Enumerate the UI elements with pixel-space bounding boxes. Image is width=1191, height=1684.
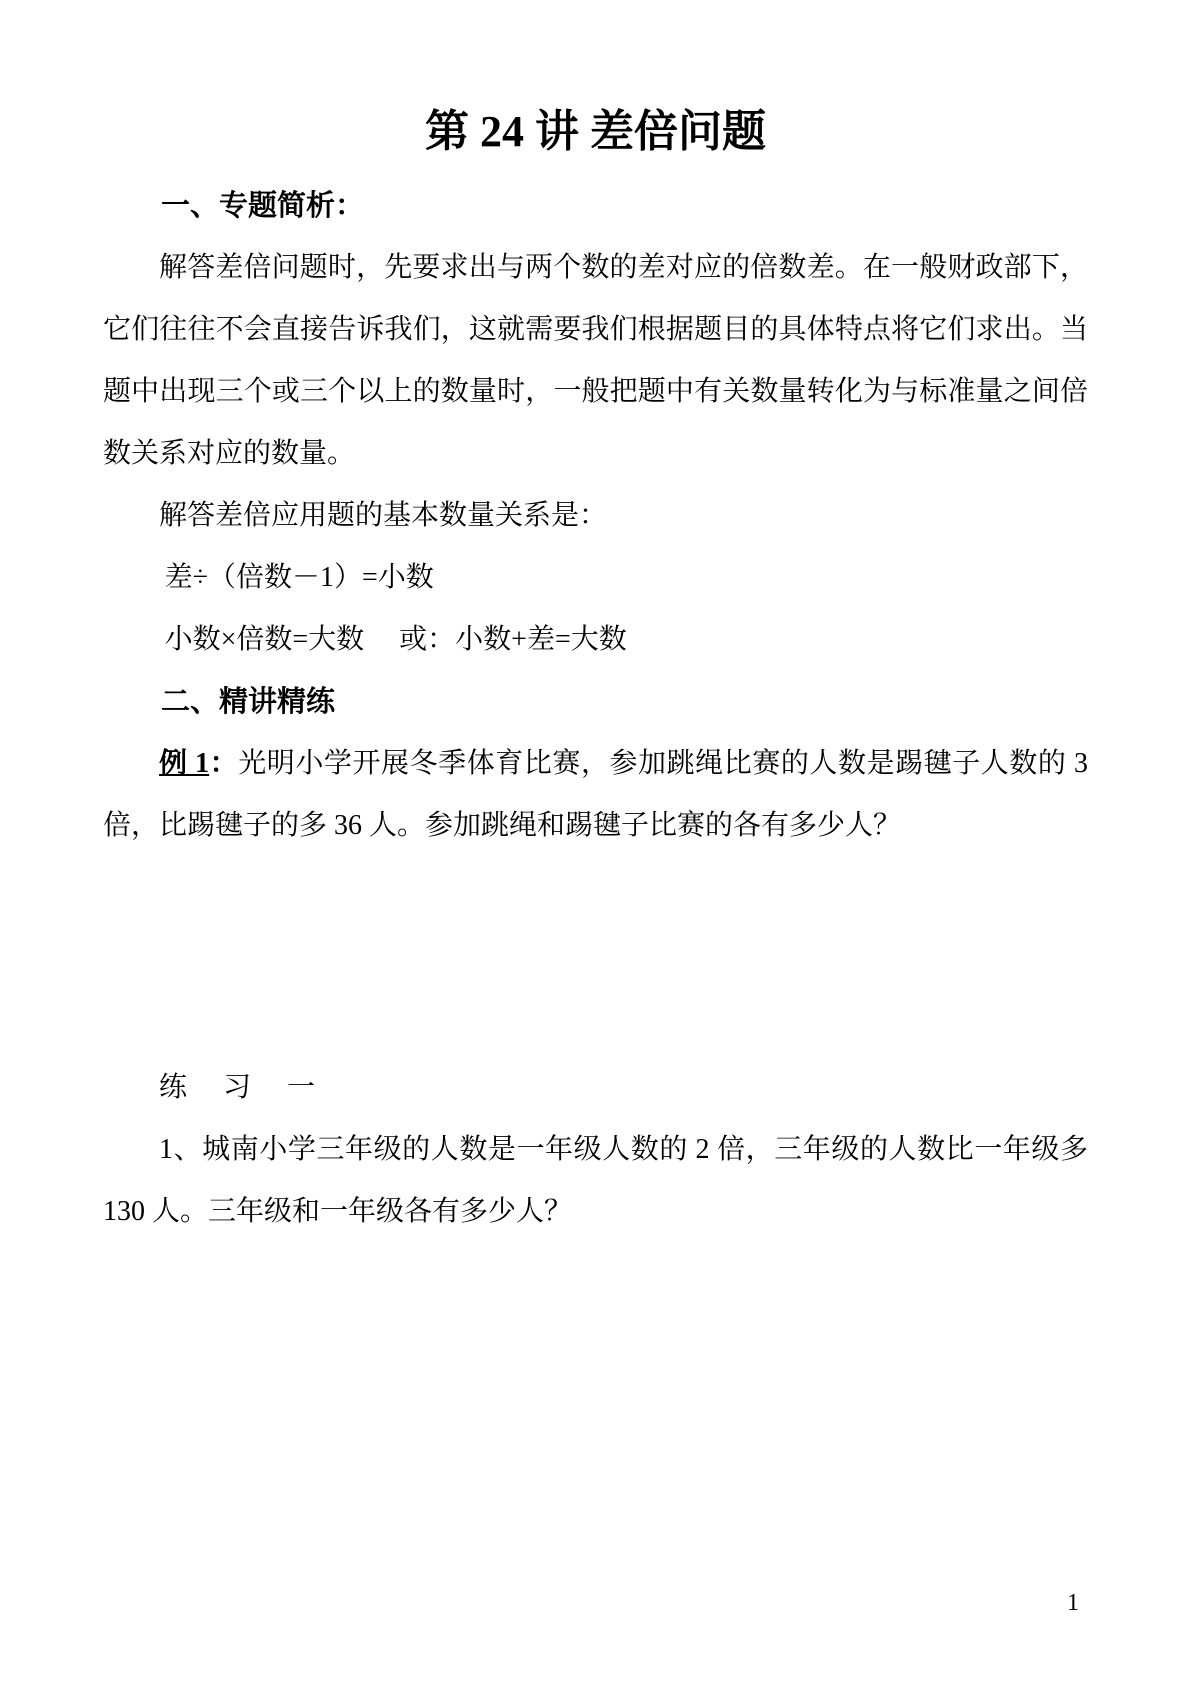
practice-1-heading: 练 习 一 bbox=[103, 1057, 1088, 1119]
formula-difference-divide: 差÷（倍数－1）=小数 bbox=[103, 547, 1088, 609]
practice-1-question-1: 1、城南小学三年级的人数是一年级人数的 2 倍，三年级的人数比一年级多 130 … bbox=[103, 1119, 1088, 1243]
example-1-text: 光明小学开展冬季体育比赛，参加跳绳比赛的人数是踢毽子人数的 3 倍，比踢毽子的多… bbox=[103, 748, 1088, 841]
page-number: 1 bbox=[1067, 1588, 1079, 1618]
section1-heading: 一、专题简析： bbox=[103, 175, 1088, 237]
section2-heading: 二、精讲精练 bbox=[103, 671, 1088, 733]
section1-intro-paragraph: 解答差倍问题时，先要求出与两个数的差对应的倍数差。在一般财政部下，它们往往不会直… bbox=[103, 237, 1088, 485]
document-content: 第 24 讲 差倍问题 一、专题简析： 解答差倍问题时，先要求出与两个数的差对应… bbox=[103, 95, 1088, 1243]
document-page: 第 24 讲 差倍问题 一、专题简析： 解答差倍问题时，先要求出与两个数的差对应… bbox=[0, 0, 1191, 1684]
page-title: 第 24 讲 差倍问题 bbox=[103, 95, 1088, 169]
section1-relation-intro: 解答差倍应用题的基本数量关系是： bbox=[103, 485, 1088, 547]
example-1-paragraph: 例 1：光明小学开展冬季体育比赛，参加跳绳比赛的人数是踢毽子人数的 3 倍，比踢… bbox=[103, 733, 1088, 857]
example-1-label-colon: ： bbox=[209, 748, 238, 779]
example-1-label: 例 1 bbox=[159, 748, 209, 779]
formula-small-times-multiple: 小数×倍数=大数 或：小数+差=大数 bbox=[103, 609, 1088, 671]
